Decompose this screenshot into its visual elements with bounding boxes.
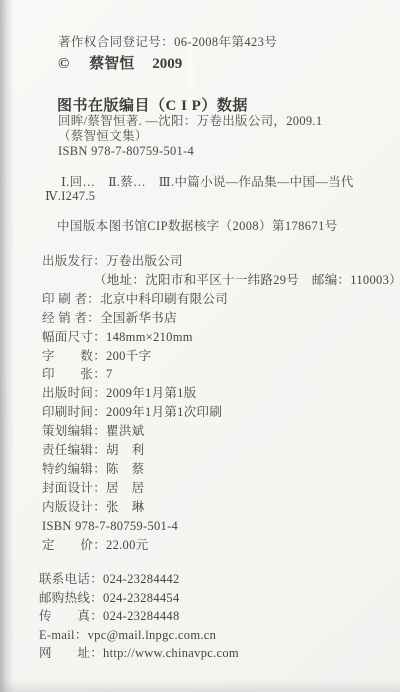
publication-info-block: 出版发行：万卷出版公司 （地址：沈阳市和平区十一纬路29号 邮编：110003）… xyxy=(42,252,400,555)
cip-heading: 图书在版编目（C I P）数据 xyxy=(57,94,248,115)
field-value: 全国新华书店 xyxy=(100,311,177,325)
field-label: 经 销 者： xyxy=(42,311,100,325)
field-value: http://www.chinavpc.com xyxy=(103,646,239,660)
field-label: 印 刷 者： xyxy=(42,292,100,306)
field-value: 瞿洪斌 xyxy=(106,424,144,438)
field-label: 印刷时间： xyxy=(42,405,106,419)
field-label: 幅面尺寸： xyxy=(42,330,106,344)
pub-row-publisher: 出版发行：万卷出版公司 xyxy=(42,252,400,271)
field-label: 联系电话： xyxy=(39,572,103,586)
scanned-book-page: { "colors": { "page_bg": "#f6f5f2", "tex… xyxy=(0,0,400,692)
field-label: 传 真： xyxy=(39,609,103,623)
field-label: 字 数： xyxy=(42,349,106,363)
pub-row-price: 定 价：22.00元 xyxy=(42,536,400,555)
contact-row-email: E-mail：vpc@mail.lnpgc.com.cn xyxy=(39,626,239,645)
scan-edge-shadow-bottom xyxy=(0,680,400,692)
cip-classification: Ⅰ.回… Ⅱ.蔡… Ⅲ.中篇小说—作品集—中国—当代 Ⅳ.I247.5 xyxy=(45,176,354,204)
field-value: 024-23284454 xyxy=(103,591,180,605)
cip-title-line: 回眸/蔡智恒著. —沈阳：万卷出版公司，2009.1 xyxy=(58,114,322,129)
cip-isbn-line: ISBN 978-7-80759-501-4 xyxy=(58,144,322,159)
pub-row-publish-date: 出版时间：2009年1月第1版 xyxy=(42,384,400,403)
field-value: 万卷出版公司 xyxy=(106,254,183,268)
scan-edge-shadow-left xyxy=(0,0,14,692)
field-label: 出版时间： xyxy=(42,386,106,400)
pub-row-print-date: 印刷时间：2009年1月第1次印刷 xyxy=(42,403,400,422)
field-value: 居 居 xyxy=(106,481,144,495)
field-label: 特约编辑： xyxy=(42,462,106,476)
field-value: 胡 利 xyxy=(106,443,144,457)
pub-row-cover-design: 封面设计：居 居 xyxy=(42,479,400,498)
field-value: 2009年1月第1版 xyxy=(106,386,197,400)
pub-row-sheets: 印 张：7 xyxy=(42,365,400,384)
contact-row-fax: 传 真：024-23284448 xyxy=(39,607,239,626)
field-label: 定 价： xyxy=(42,538,106,552)
copyright-symbol-icon: © xyxy=(58,56,69,72)
cip-class-line1: Ⅰ.回… Ⅱ.蔡… Ⅲ.中篇小说—作品集—中国—当代 xyxy=(45,176,354,190)
field-label: 出版发行： xyxy=(42,254,106,268)
pub-row-size: 幅面尺寸：148mm×210mm xyxy=(42,328,400,347)
field-value: vpc@mail.lnpgc.com.cn xyxy=(88,628,217,642)
cip-record-number-line: 中国版本图书馆CIP数据核字（2008）第178671号 xyxy=(57,216,338,234)
field-value: 22.00元 xyxy=(106,538,148,552)
field-value: 陈 蔡 xyxy=(106,462,144,476)
field-label: 印 张： xyxy=(42,367,106,381)
contact-row-phone: 联系电话：024-23284442 xyxy=(39,570,239,589)
pub-row-layout-design: 内版设计：张 琳 xyxy=(42,498,400,517)
pub-row-planning-editor: 策划编辑：瞿洪斌 xyxy=(42,422,400,441)
contact-row-mail-order: 邮购热线：024-23284454 xyxy=(39,589,239,608)
field-value: 7 xyxy=(106,367,113,381)
field-value: 2009年1月第1次印刷 xyxy=(106,405,222,419)
cip-class-line2: Ⅳ.I247.5 xyxy=(45,190,354,204)
contact-row-website: 网 址：http://www.chinavpc.com xyxy=(39,644,239,663)
field-label: 责任编辑： xyxy=(42,443,106,457)
field-label: 封面设计： xyxy=(42,481,106,495)
field-value: ISBN 978-7-80759-501-4 xyxy=(42,519,178,533)
cip-series-line: （蔡智恒文集） xyxy=(58,129,322,144)
copyright-year: 2009 xyxy=(152,56,182,72)
field-value: 148mm×210mm xyxy=(106,330,193,344)
copyright-registration-line: 著作权合同登记号：06-2008年第423号 xyxy=(58,32,277,50)
field-label: 网 址： xyxy=(39,646,103,660)
field-label: E-mail： xyxy=(39,628,88,642)
field-label: 策划编辑： xyxy=(42,424,106,438)
pub-row-address: （地址：沈阳市和平区十一纬路29号 邮编：110003） xyxy=(42,271,400,290)
field-value: 张 琳 xyxy=(106,500,144,514)
pub-row-printer: 印 刷 者：北京中科印刷有限公司 xyxy=(42,290,400,309)
field-value: 200千字 xyxy=(106,349,151,363)
pub-row-word-count: 字 数：200千字 xyxy=(42,347,400,366)
pub-row-special-editor: 特约编辑：陈 蔡 xyxy=(42,460,400,479)
field-value: 024-23284448 xyxy=(103,609,180,623)
field-value: 北京中科印刷有限公司 xyxy=(100,292,228,306)
field-value: （地址：沈阳市和平区十一纬路29号 邮编：110003） xyxy=(42,273,400,287)
cip-body: 回眸/蔡智恒著. —沈阳：万卷出版公司，2009.1 （蔡智恒文集） ISBN … xyxy=(58,114,322,158)
contact-info-block: 联系电话：024-23284442 邮购热线：024-23284454 传 真：… xyxy=(39,570,239,663)
field-label: 邮购热线： xyxy=(39,591,103,605)
pub-row-responsible-editor: 责任编辑：胡 利 xyxy=(42,441,400,460)
field-value: 024-23284442 xyxy=(103,572,180,586)
copyright-line: ©蔡智恒2009 xyxy=(58,52,182,73)
book-copyright-page: 著作权合同登记号：06-2008年第423号 ©蔡智恒2009 图书在版编目（C… xyxy=(0,0,400,692)
pub-row-isbn: ISBN 978-7-80759-501-4 xyxy=(42,517,400,536)
field-label: 内版设计： xyxy=(42,500,106,514)
pub-row-distributor: 经 销 者：全国新华书店 xyxy=(42,309,400,328)
copyright-holder: 蔡智恒 xyxy=(89,56,134,72)
